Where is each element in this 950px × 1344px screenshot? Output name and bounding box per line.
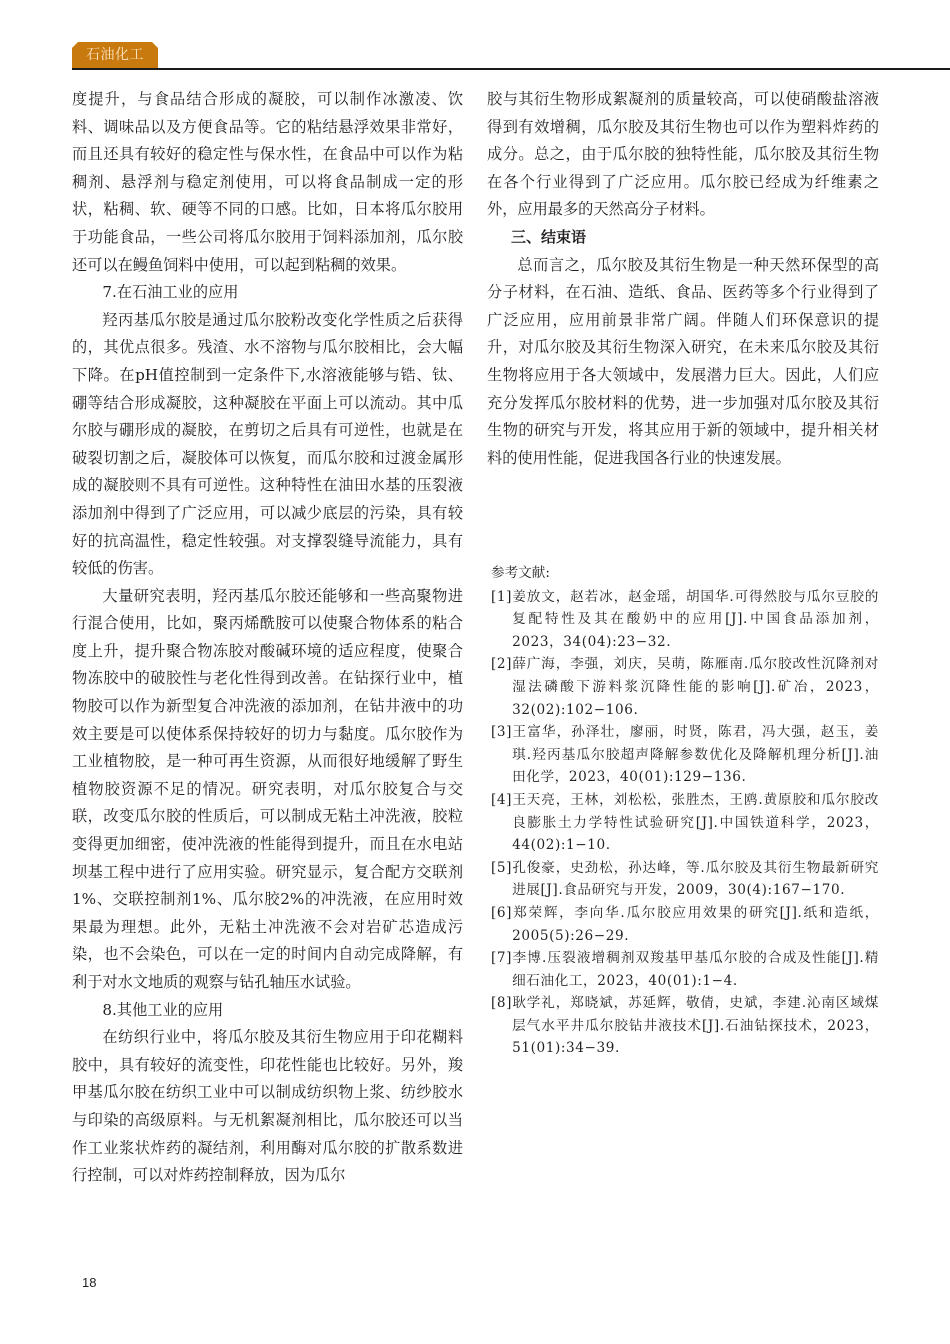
paragraph-textile-continued: 胶与其衍生物形成絮凝剂的质量较高，可以使硝酸盐溶液得到有效增稠，瓜尔胶及其衍生物…: [487, 86, 879, 224]
header-rule: [72, 68, 950, 70]
running-header: 石油化工: [72, 40, 950, 70]
journal-section-tab: 石油化工: [72, 42, 158, 69]
paragraph-hydroxypropyl-guar: 羟丙基瓜尔胶是通过瓜尔胶粉改变化学性质之后获得的，其优点很多。残渣、水不溶物与瓜…: [72, 307, 463, 583]
reference-item: [3]王富华，孙泽壮，廖丽，时贤，陈君，冯大强，赵玉，姜琪.羟丙基瓜尔胶超声降解…: [491, 721, 879, 789]
subheading-other-industries: 8.其他工业的应用: [72, 997, 463, 1025]
right-column: 胶与其衍生物形成絮凝剂的质量较高，可以使硝酸盐溶液得到有效增稠，瓜尔胶及其衍生物…: [487, 86, 879, 472]
left-column: 度提升，与食品结合形成的凝胶，可以制作冰激凌、饮料、调味品以及方便食品等。它的粘…: [72, 86, 463, 1190]
section-heading-conclusion: 三、结束语: [487, 224, 879, 252]
reference-item: [6]郑荣辉，李向华.瓜尔胶应用效果的研究[J].纸和造纸，2005(5):26…: [491, 902, 879, 947]
paragraph-research-findings: 大量研究表明，羟丙基瓜尔胶还能够和一些高聚物进行混合使用，比如，聚丙烯酰胺可以使…: [72, 583, 463, 997]
paragraph-textile-industry: 在纺织行业中，将瓜尔胶及其衍生物应用于印花糊料胶中，具有较好的流变性，印花性能也…: [72, 1024, 463, 1190]
references-title: 参考文献:: [491, 562, 879, 585]
reference-item: [7]李博.压裂液增稠剂双羧基甲基瓜尔胶的合成及性能[J].精细石油化工，202…: [491, 947, 879, 992]
paragraph-food-continued: 度提升，与食品结合形成的凝胶，可以制作冰激凌、饮料、调味品以及方便食品等。它的粘…: [72, 86, 463, 279]
reference-item: [8]耿学礼，郑晓斌，苏延辉，敬倩，史斌，李建.沁南区域煤层气水平井瓜尔胶钻井液…: [491, 992, 879, 1060]
reference-item: [2]薛广海，李强，刘庆，吴萌，陈雁南.瓜尔胶改性沉降剂对湿法磷酸下游料浆沉降性…: [491, 653, 879, 721]
page-number: 18: [82, 1275, 96, 1290]
reference-item: [4]王天亮，王林，刘松松，张胜杰，王鸥.黄原胶和瓜尔胶改良膨胀土力学特性试验研…: [491, 789, 879, 857]
reference-item: [5]孔俊豪，史劲松，孙达峰，等.瓜尔胶及其衍生物最新研究进展[J].食品研究与…: [491, 857, 879, 902]
subheading-petroleum-industry: 7.在石油工业的应用: [72, 279, 463, 307]
references-section: 参考文献: [1]姜放文，赵若冰，赵金瑶，胡国华.可得然胶与瓜尔豆胶的复配特性及…: [491, 562, 879, 1060]
reference-item: [1]姜放文，赵若冰，赵金瑶，胡国华.可得然胶与瓜尔豆胶的复配特性及其在酸奶中的…: [491, 586, 879, 654]
paragraph-conclusion: 总而言之，瓜尔胶及其衍生物是一种天然环保型的高分子材料，在石油、造纸、食品、医药…: [487, 252, 879, 473]
